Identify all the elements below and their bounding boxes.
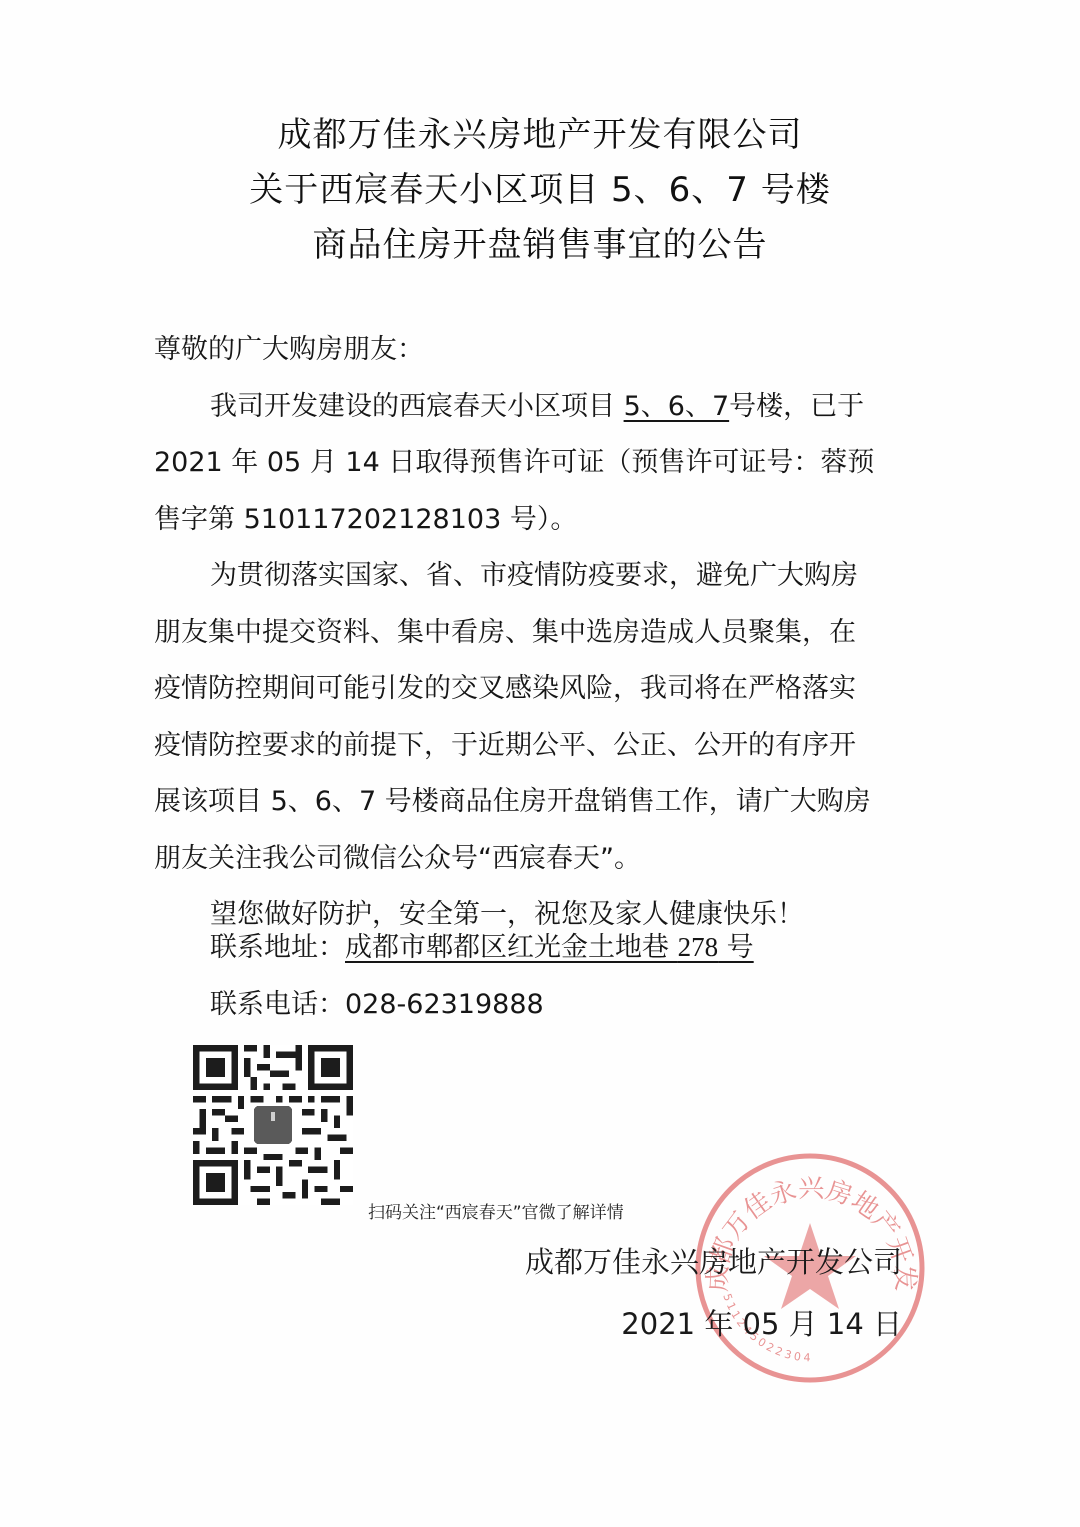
document-title: 成都万佳永兴房地产开发有限公司 关于西宸春天小区项目 5、6、7 号楼 商品住房… xyxy=(0,108,1080,273)
contact-phone: 联系电话：028-62319888 xyxy=(210,982,544,1021)
address-number: 278 xyxy=(678,932,719,962)
title-line-1: 成都万佳永兴房地产开发有限公司 xyxy=(0,108,1080,163)
contact-address: 联系地址：成都市郫都区红光金土地巷 278 号 xyxy=(210,925,754,964)
address-label: 联系地址： xyxy=(210,932,345,963)
salutation: 尊敬的广大购房朋友： xyxy=(154,322,920,379)
paragraph-2-line-5: 展该项目 5、6、7 号楼商品住房开盘销售工作，请广大购房 xyxy=(154,774,920,831)
paragraph-2-line-6: 朋友关注我公司微信公众号“西宸春天”。 xyxy=(154,831,920,888)
address-suffix: 号 xyxy=(718,932,754,963)
document-page: 成都万佳永兴房地产开发有限公司 关于西宸春天小区项目 5、6、7 号楼 商品住房… xyxy=(0,0,1080,1527)
paragraph-2-line-4: 疫情防控要求的前提下，于近期公平、公正、公开的有序开 xyxy=(154,718,920,775)
paragraph-2-line-1: 为贯彻落实国家、省、市疫情防疫要求，避免广大购房 xyxy=(154,548,920,605)
qr-caption: 扫码关注“西宸春天”官微了解详情 xyxy=(368,1198,624,1223)
phone-label: 联系电话： xyxy=(210,989,345,1020)
paragraph-1-line-2: 2021 年 05 月 14 日取得预售许可证（预售许可证号：蓉预 xyxy=(154,435,920,492)
paragraph-2-line-2: 朋友集中提交资料、集中看房、集中选房造成人员聚集，在 xyxy=(154,605,920,662)
paragraph-2-line-3: 疫情防控期间可能引发的交叉感染风险，我司将在严格落实 xyxy=(154,661,920,718)
qr-code-icon xyxy=(193,1045,353,1205)
address-text: 成都市郫都区红光金土地巷 xyxy=(345,932,678,963)
paragraph-1-line-1: 我司开发建设的西宸春天小区项目 5、6、7号楼，已于 xyxy=(154,379,920,436)
building-numbers-underlined: 5、6、7 xyxy=(624,391,730,422)
title-line-3: 商品住房开盘销售事宜的公告 xyxy=(0,218,1080,273)
p1-text: 我司开发建设的西宸春天小区项目 xyxy=(210,391,624,422)
p1-text-suffix: 号楼，已于 xyxy=(729,391,864,422)
phone-value: 028-62319888 xyxy=(345,989,544,1020)
signature-company: 成都万佳永兴房地产开发公司 xyxy=(525,1240,902,1281)
document-body: 尊敬的广大购房朋友： 我司开发建设的西宸春天小区项目 5、6、7号楼，已于 20… xyxy=(154,322,920,944)
signature-date: 2021 年 05 月 14 日 xyxy=(621,1302,902,1343)
address-value: 成都市郫都区红光金土地巷 278 号 xyxy=(345,932,754,963)
paragraph-1-line-3: 售字第 510117202128103 号）。 xyxy=(154,492,920,549)
title-line-2: 关于西宸春天小区项目 5、6、7 号楼 xyxy=(0,163,1080,218)
wechat-qr-code[interactable] xyxy=(193,1045,353,1205)
